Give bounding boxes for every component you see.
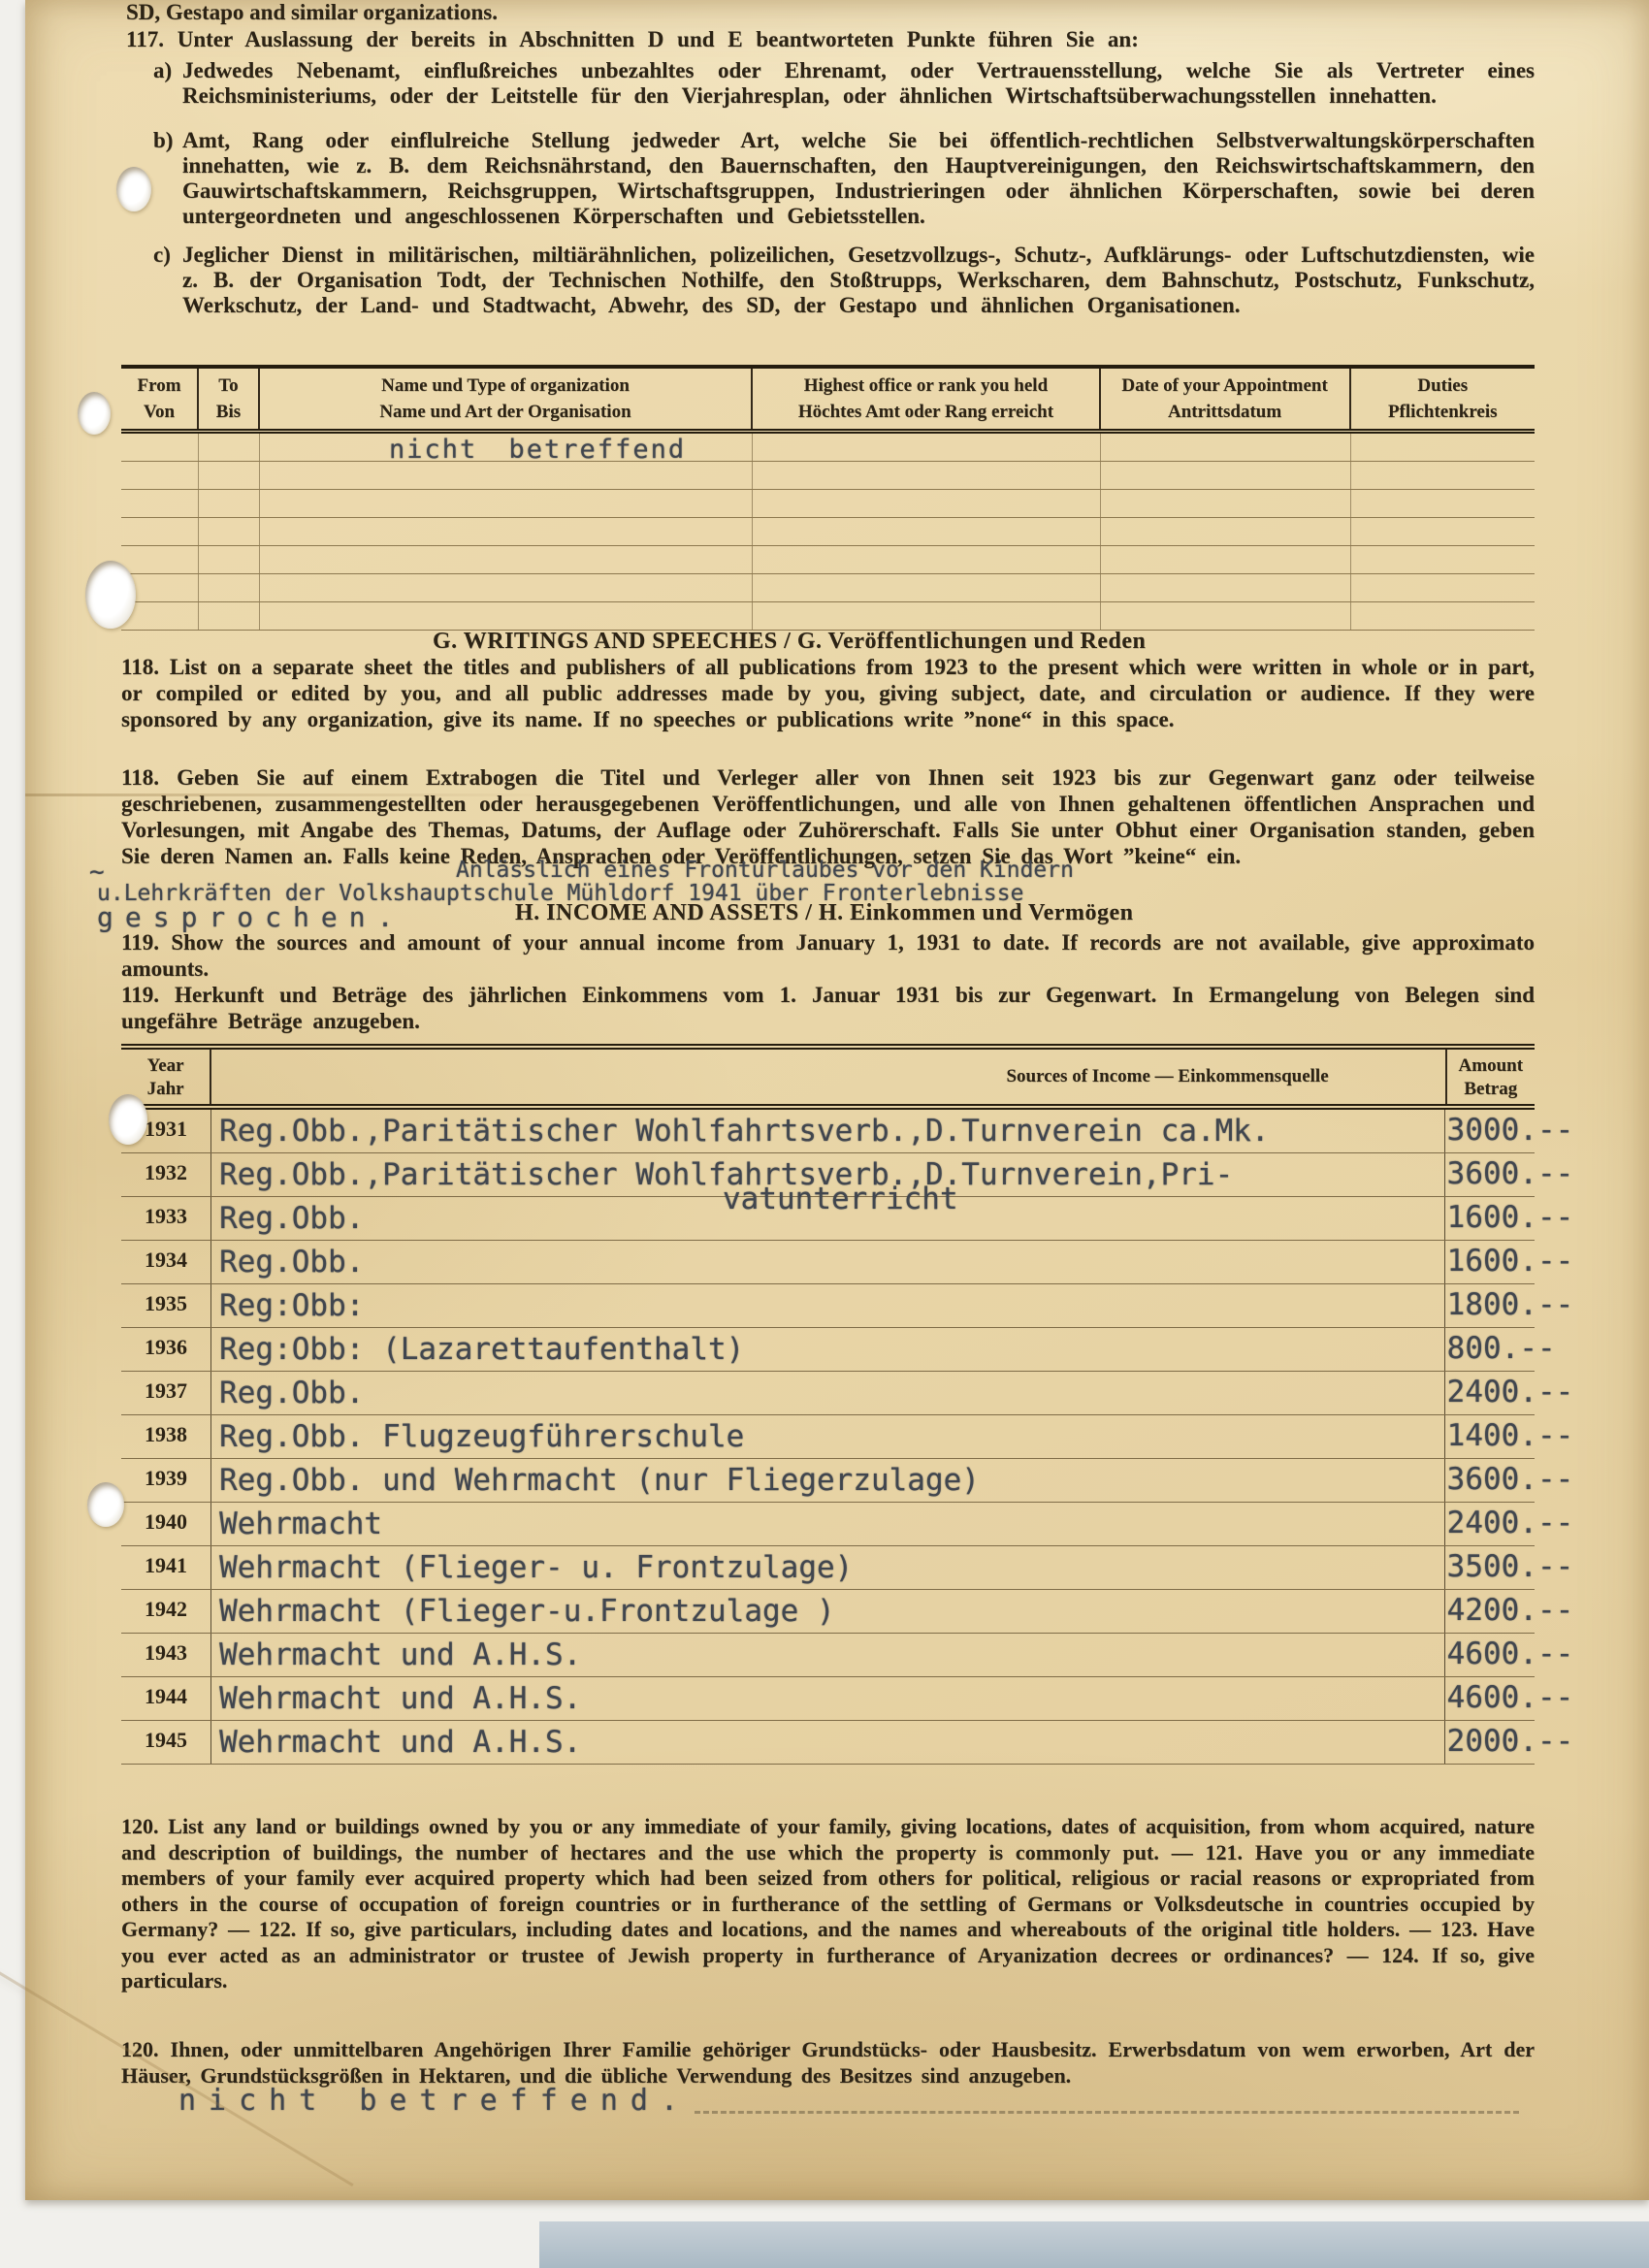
question-119-en: 119. Show the sources and amount of your… — [121, 929, 1535, 982]
col-highest-office-de: Höchtes Amt oder Rang erreicht — [755, 403, 1096, 422]
income-source: Wehrmacht und A.H.S. — [211, 1721, 1445, 1764]
col-organization-name: Name und Type of organization Name und A… — [260, 369, 753, 429]
income-amount: 2400.-- — [1445, 1503, 1535, 1545]
income-amount: 1600.-- — [1445, 1241, 1535, 1283]
income-row: 1940Wehrmacht2400.-- — [121, 1503, 1535, 1546]
col-duties-de: Pflichtenkreis — [1353, 403, 1533, 422]
punch-hole-icon — [87, 1482, 124, 1527]
question-118-en: 118. List on a separate sheet the titles… — [121, 654, 1535, 732]
cell — [1351, 490, 1535, 517]
income-row: 1945Wehrmacht und A.H.S.2000.-- — [121, 1721, 1535, 1765]
income-source: Wehrmacht — [211, 1503, 1445, 1545]
col-year-en: Year — [121, 1056, 210, 1075]
punch-hole-icon — [85, 561, 136, 629]
cell — [1101, 574, 1351, 601]
income-year: 1936 — [121, 1328, 211, 1371]
org-table-empty-row — [121, 518, 1535, 546]
income-source: Wehrmacht (Flieger-u.Frontzulage ) — [211, 1590, 1445, 1633]
cell — [753, 490, 1100, 517]
cell — [1101, 462, 1351, 489]
cell — [260, 546, 753, 573]
item-text: Amt, Rang oder einflulreiche Stellung je… — [182, 128, 1535, 228]
col-to-de: Bis — [201, 403, 256, 422]
item-label: c) — [153, 243, 171, 268]
question-120-en: 120. List any land or buildings owned by… — [121, 1814, 1535, 1994]
question-117: 117. Unter Auslassung der bereits in Abs… — [126, 27, 1139, 52]
col-to-en: To — [201, 376, 256, 396]
income-year: 1941 — [121, 1546, 211, 1589]
previous-section-fragment: SD, Gestapo and similar organizations. — [126, 0, 498, 25]
question-118-de: 118. Geben Sie auf einem Extrabogen die … — [121, 764, 1535, 869]
cell — [753, 602, 1100, 630]
item-text: Jedwedes Nebenamt, einflußreiches unbeza… — [182, 58, 1535, 108]
income-source: Wehrmacht und A.H.S. — [211, 1677, 1445, 1720]
income-year: 1935 — [121, 1284, 211, 1327]
income-amount: 1400.-- — [1445, 1415, 1535, 1458]
cell — [1351, 462, 1535, 489]
item-label: a) — [153, 58, 172, 83]
organizations-table: From Von To Bis Name und Type of organiz… — [121, 365, 1535, 631]
cell — [260, 490, 753, 517]
cell — [121, 518, 199, 545]
col-highest-office: Highest office or rank you held Höchtes … — [753, 369, 1100, 429]
col-from-en: From — [123, 376, 195, 396]
income-row: 1935Reg:Obb:1800.-- — [121, 1284, 1535, 1328]
cell — [1351, 546, 1535, 573]
col-highest-office-en: Highest office or rank you held — [755, 376, 1096, 396]
col-appointment-date-de: Antrittsdatum — [1103, 403, 1347, 422]
income-source: Reg.Obb. Flugzeugführerschule — [211, 1415, 1445, 1458]
income-row: 1943Wehrmacht und A.H.S.4600.-- — [121, 1634, 1535, 1677]
col-duties: Duties Pflichtenkreis — [1351, 369, 1535, 429]
question-117c: c) Jeglicher Dienst in militärischen, mi… — [126, 243, 1535, 318]
income-year: 1939 — [121, 1459, 211, 1502]
col-from-de: Von — [123, 403, 195, 422]
income-amount: 4600.-- — [1445, 1634, 1535, 1676]
col-to: To Bis — [199, 369, 260, 429]
income-year: 1945 — [121, 1721, 211, 1764]
income-amount: 3600.-- — [1445, 1459, 1535, 1502]
income-row: 1937Reg.Obb.2400.-- — [121, 1372, 1535, 1415]
cell — [199, 574, 260, 601]
col-amount: Amount Betrag — [1447, 1050, 1535, 1104]
income-row: 1944Wehrmacht und A.H.S.4600.-- — [121, 1677, 1535, 1721]
paper-sheet: SD, Gestapo and similar organizations. 1… — [25, 0, 1649, 2200]
income-row: 1931Reg.Obb.,Paritätischer Wohlfahrtsver… — [121, 1110, 1535, 1153]
income-source: Reg:Obb: (Lazarettaufenthalt) — [211, 1328, 1445, 1371]
question-117b: b) Amt, Rang oder einflulreiche Stellung… — [126, 128, 1535, 229]
income-amount: 4200.-- — [1445, 1590, 1535, 1633]
income-year: 1944 — [121, 1677, 211, 1720]
cell — [260, 574, 753, 601]
income-amount: 2000.-- — [1445, 1721, 1535, 1764]
income-source: Reg.Obb.,Paritätischer Wohlfahrtsverb.,D… — [211, 1110, 1445, 1152]
typed-answer-line-1: Anlässlich eines Fronturlaubes vor den K… — [456, 858, 1074, 883]
org-table-empty-row — [121, 546, 1535, 574]
cell — [199, 462, 260, 489]
section-h-heading: H. INCOME AND ASSETS / H. Einkommen und … — [515, 900, 1133, 926]
income-source: Wehrmacht und A.H.S. — [211, 1634, 1445, 1676]
income-amount: 1600.-- — [1445, 1197, 1535, 1240]
cell — [199, 546, 260, 573]
income-row: 1934Reg.Obb.1600.-- — [121, 1241, 1535, 1284]
income-source: Reg.Obb. — [211, 1372, 1445, 1414]
cell — [1351, 602, 1535, 630]
income-source: Wehrmacht (Flieger- u. Frontzulage) — [211, 1546, 1445, 1589]
income-amount: 3000.-- — [1445, 1110, 1535, 1152]
cell — [199, 490, 260, 517]
income-source: Reg.Obb. — [211, 1241, 1445, 1283]
cell — [199, 602, 260, 630]
punch-hole-icon — [116, 167, 151, 211]
income-amount: 1800.-- — [1445, 1284, 1535, 1327]
income-amount: 800.-- — [1445, 1328, 1535, 1371]
punch-hole-icon — [78, 392, 111, 435]
col-duties-en: Duties — [1353, 376, 1533, 396]
income-year: 1942 — [121, 1590, 211, 1633]
scanner-background-strip — [539, 2221, 1649, 2268]
question-120-de: 120. Ihnen, oder unmittelbaren Angehörig… — [121, 2037, 1535, 2089]
cell — [260, 602, 753, 630]
income-row: 1938Reg.Obb. Flugzeugführerschule1400.-- — [121, 1415, 1535, 1459]
cell — [199, 434, 260, 461]
income-row: 1936Reg:Obb: (Lazarettaufenthalt)800.-- — [121, 1328, 1535, 1372]
organizations-table-header: From Von To Bis Name und Type of organiz… — [121, 365, 1535, 434]
col-appointment-date: Date of your Appointment Antrittsdatum — [1101, 369, 1351, 429]
income-source: Reg:Obb: — [211, 1284, 1445, 1327]
scanned-questionnaire-page: SD, Gestapo and similar organizations. 1… — [0, 0, 1649, 2268]
cell — [1101, 602, 1351, 630]
income-amount: 4600.-- — [1445, 1677, 1535, 1720]
income-row: 1941Wehrmacht (Flieger- u. Frontzulage)3… — [121, 1546, 1535, 1590]
cell — [1351, 574, 1535, 601]
col-from: From Von — [121, 369, 199, 429]
question-117a: a) Jedwedes Nebenamt, einflußreiches unb… — [126, 58, 1535, 109]
cell — [753, 546, 1100, 573]
cell — [1101, 518, 1351, 545]
cell — [121, 546, 199, 573]
income-source-continuation: vatunterricht — [723, 1182, 958, 1216]
org-table-empty-row — [121, 490, 1535, 518]
organizations-table-body — [121, 434, 1535, 631]
income-year: 1933 — [121, 1197, 211, 1240]
income-year: 1938 — [121, 1415, 211, 1458]
income-year: 1943 — [121, 1634, 211, 1676]
question-119-de: 119. Herkunft und Beträge des jährlichen… — [121, 982, 1535, 1034]
item-label: b) — [153, 128, 173, 153]
income-amount: 3500.-- — [1445, 1546, 1535, 1589]
income-year: 1937 — [121, 1372, 211, 1414]
cell — [753, 462, 1100, 489]
col-sources: Sources of Income — Einkommensquelle — [211, 1050, 1446, 1104]
typed-answer-bottom: nicht betreffend. — [178, 2084, 691, 2118]
cell — [1101, 434, 1351, 461]
col-amount-en: Amount — [1447, 1056, 1535, 1075]
cell — [1351, 518, 1535, 545]
col-organization-name-de: Name und Art der Organisation — [262, 403, 749, 422]
income-row: 1939Reg.Obb. und Wehrmacht (nur Fliegerz… — [121, 1459, 1535, 1503]
income-row: 1942Wehrmacht (Flieger-u.Frontzulage )42… — [121, 1590, 1535, 1634]
cell — [260, 518, 753, 545]
cell — [121, 462, 199, 489]
cell — [753, 434, 1100, 461]
cell — [121, 434, 199, 461]
income-source: Reg.Obb. und Wehrmacht (nur Fliegerzulag… — [211, 1459, 1445, 1502]
item-text: Jeglicher Dienst in militärischen, milti… — [182, 243, 1535, 317]
income-year: 1932 — [121, 1153, 211, 1196]
org-table-empty-row — [121, 462, 1535, 490]
typed-answer-not-applicable: nicht betreffend — [389, 435, 686, 465]
cell — [1101, 490, 1351, 517]
cell — [1101, 546, 1351, 573]
col-organization-name-en: Name und Type of organization — [262, 376, 749, 396]
dashed-answer-line — [695, 2111, 1519, 2114]
cell — [1351, 434, 1535, 461]
income-amount: 2400.-- — [1445, 1372, 1535, 1414]
org-table-empty-row — [121, 574, 1535, 602]
col-amount-de: Betrag — [1447, 1080, 1535, 1098]
paper-crease — [25, 794, 568, 796]
cell — [199, 518, 260, 545]
org-table-empty-row — [121, 602, 1535, 631]
income-year: 1934 — [121, 1241, 211, 1283]
income-table: Year Jahr Sources of Income — Einkommens… — [121, 1044, 1535, 1765]
income-table-header: Year Jahr Sources of Income — Einkommens… — [121, 1044, 1535, 1110]
cell — [260, 462, 753, 489]
col-appointment-date-en: Date of your Appointment — [1103, 376, 1347, 396]
section-g-heading: G. WRITINGS AND SPEECHES / G. Veröffentl… — [433, 629, 1146, 655]
cell — [753, 518, 1100, 545]
income-year: 1940 — [121, 1503, 211, 1545]
income-amount: 3600.-- — [1445, 1153, 1535, 1196]
org-table-empty-row — [121, 434, 1535, 462]
cell — [753, 574, 1100, 601]
punch-hole-icon — [109, 1094, 147, 1145]
cell — [121, 490, 199, 517]
